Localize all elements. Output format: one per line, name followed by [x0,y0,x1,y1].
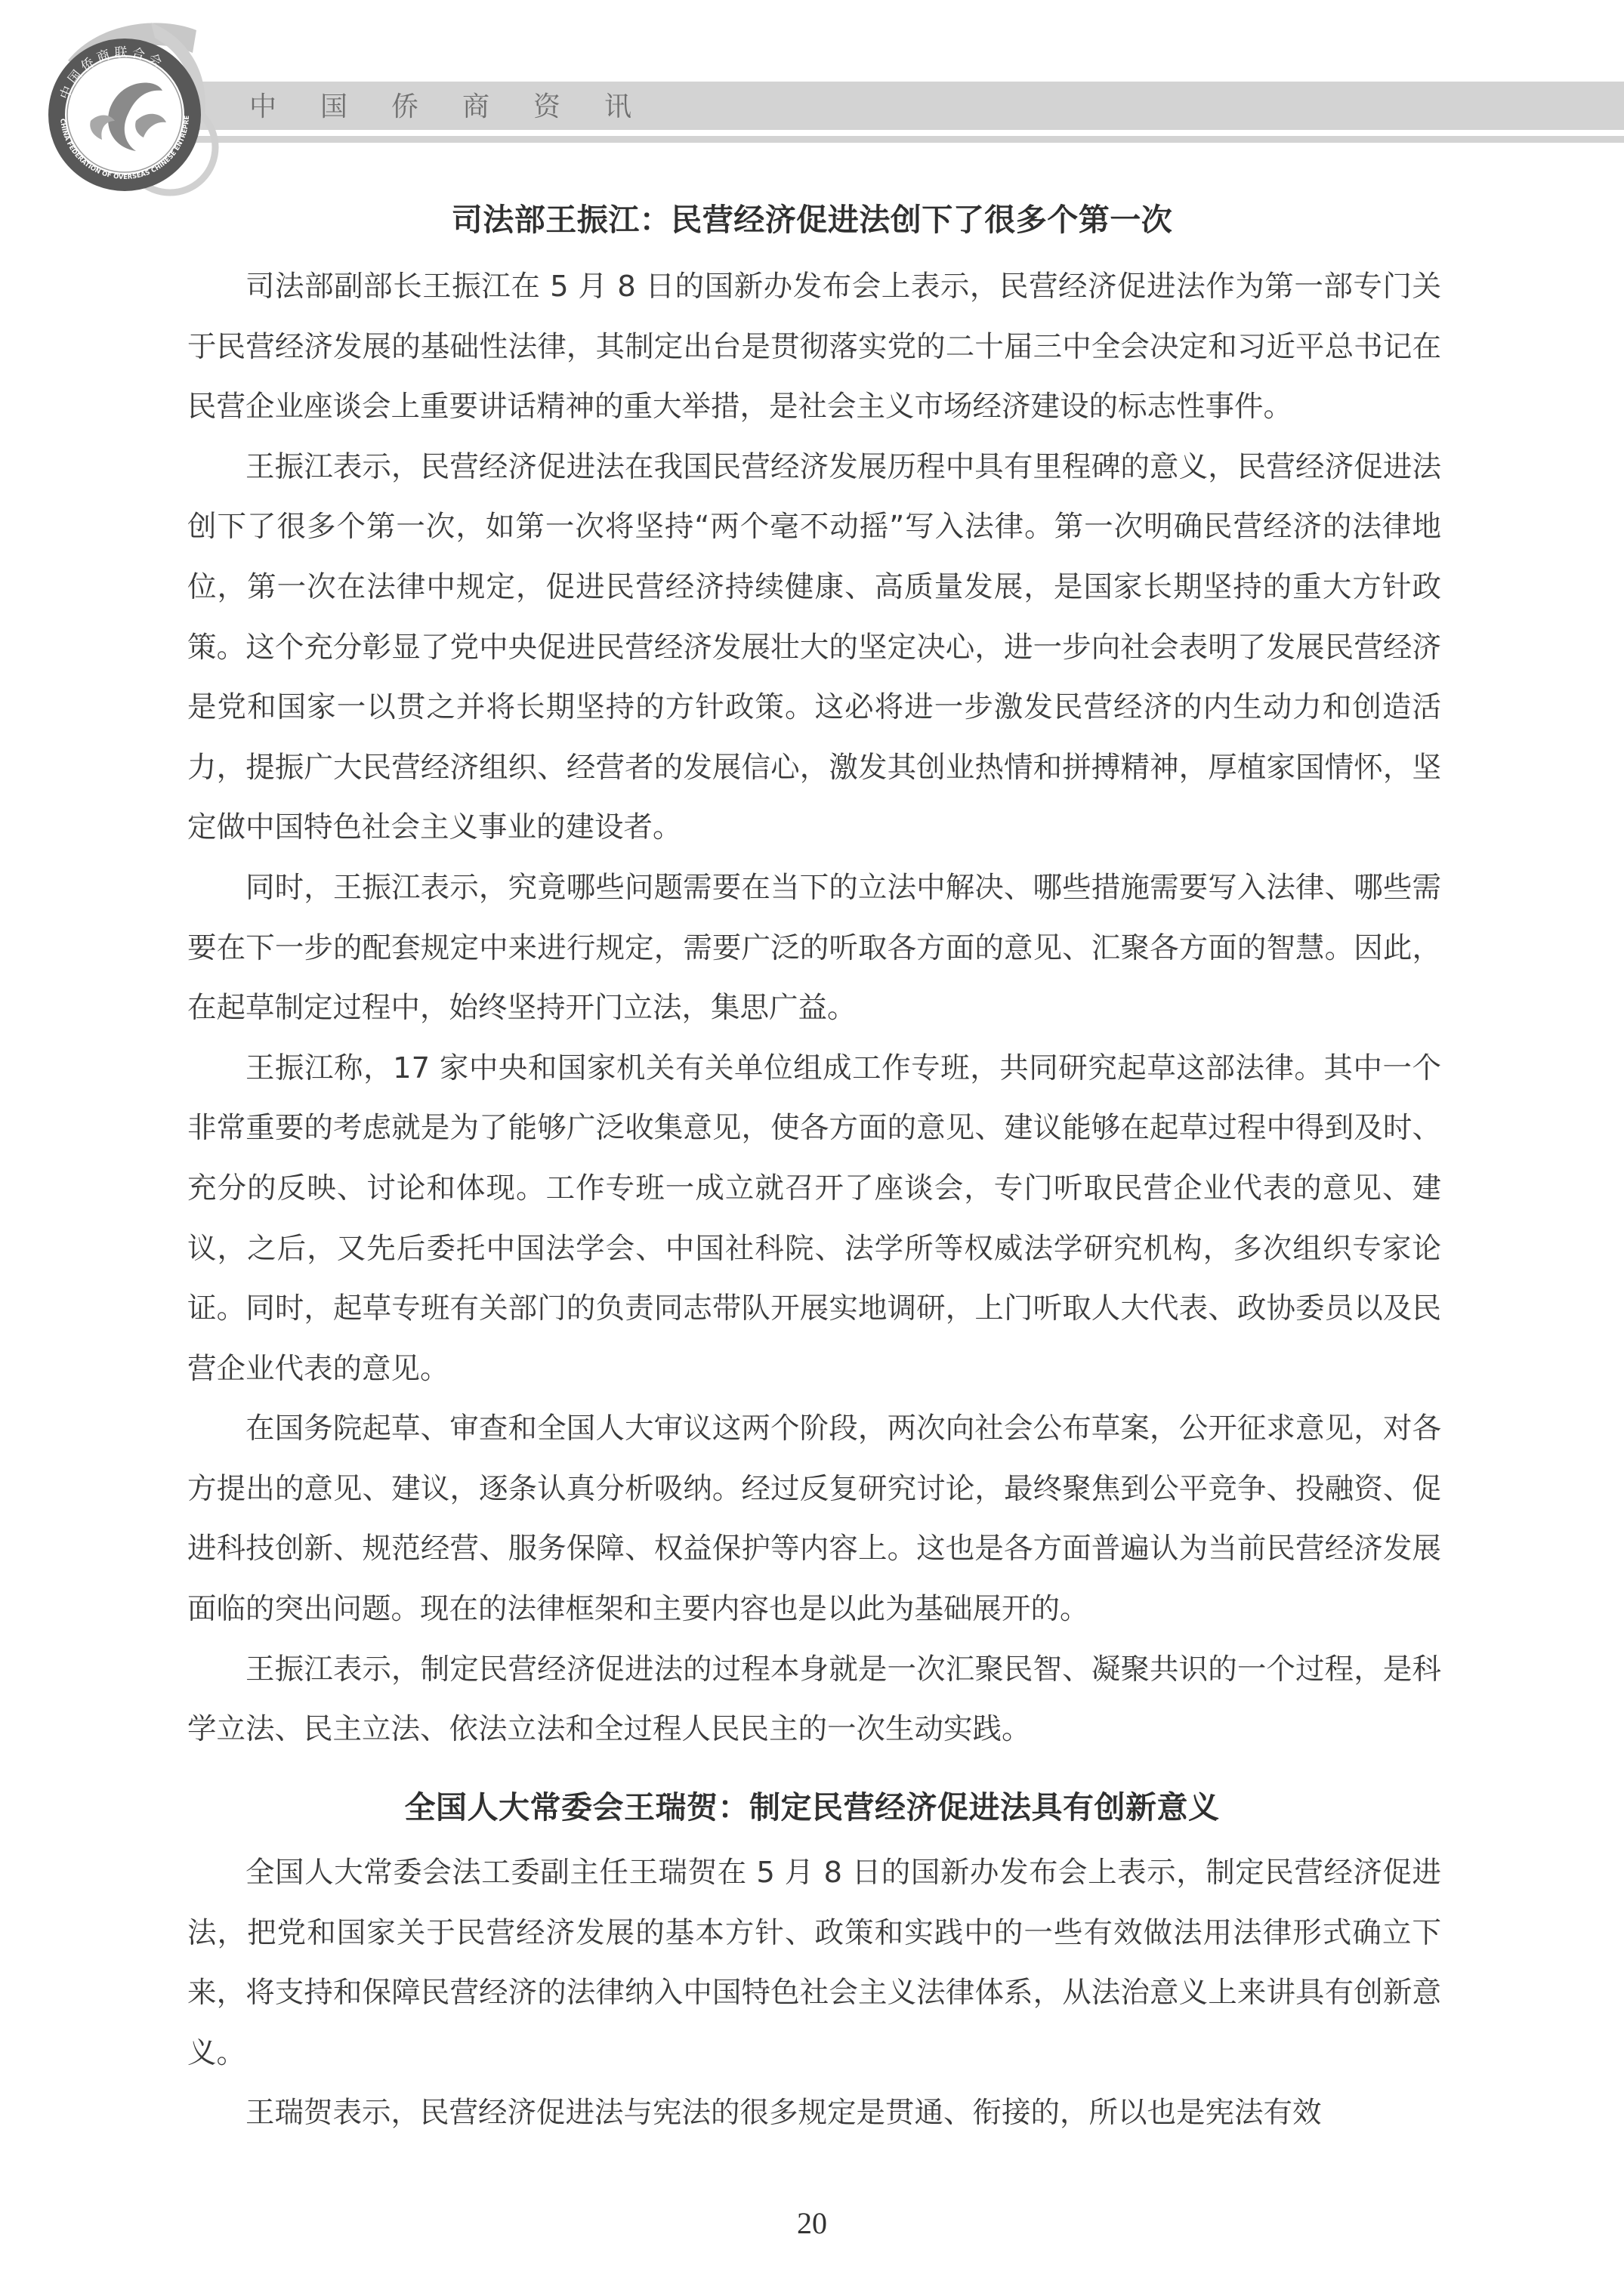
paragraph: 同时，王振江表示，究竟哪些问题需要在当下的立法中解决、哪些措施需要写入法律、哪些… [187,858,1441,1038]
organization-logo-icon: 中国侨商联合会 CHINA FEDERATION OF OVERSEAS CHI… [15,8,242,196]
paragraph: 司法部副部长王振江在 5 月 8 日的国新办发布会上表示，民营经济促进法作为第一… [187,257,1441,437]
article-body-section-2: 全国人大常委会法工委副主任王瑞贺在 5 月 8 日的国新办发布会上表示，制定民营… [187,1843,1441,2143]
paragraph: 王振江表示，制定民营经济促进法的过程本身就是一次汇聚民智、凝聚共识的一个过程，是… [187,1640,1441,1760]
paragraph: 王振江称，17 家中央和国家机关有关单位组成工作专班，共同研究起草这部法律。其中… [187,1038,1441,1400]
paragraph: 在国务院起草、审查和全国人大审议这两个阶段，两次向社会公布草案，公开征求意见，对… [187,1399,1441,1639]
page-number: 20 [0,2205,1624,2241]
section-heading: 司法部王振江：民营经济促进法创下了很多个第一次 [0,195,1624,239]
section-heading: 全国人大常委会王瑞贺：制定民营经济促进法具有创新意义 [0,1782,1624,1827]
paragraph: 全国人大常委会法工委副主任王瑞贺在 5 月 8 日的国新办发布会上表示，制定民营… [187,1843,1441,2083]
paragraph: 王振江表示，民营经济促进法在我国民营经济发展历程中具有里程碑的意义，民营经济促进… [187,437,1441,858]
article-body-section-1: 司法部副部长王振江在 5 月 8 日的国新办发布会上表示，民营经济促进法作为第一… [187,257,1441,1760]
publication-title: 中国侨商资讯 [249,85,675,130]
header-stripe [113,136,1624,143]
paragraph: 王瑞贺表示，民营经济促进法与宪法的很多规定是贯通、衔接的，所以也是宪法有效 [187,2083,1441,2143]
